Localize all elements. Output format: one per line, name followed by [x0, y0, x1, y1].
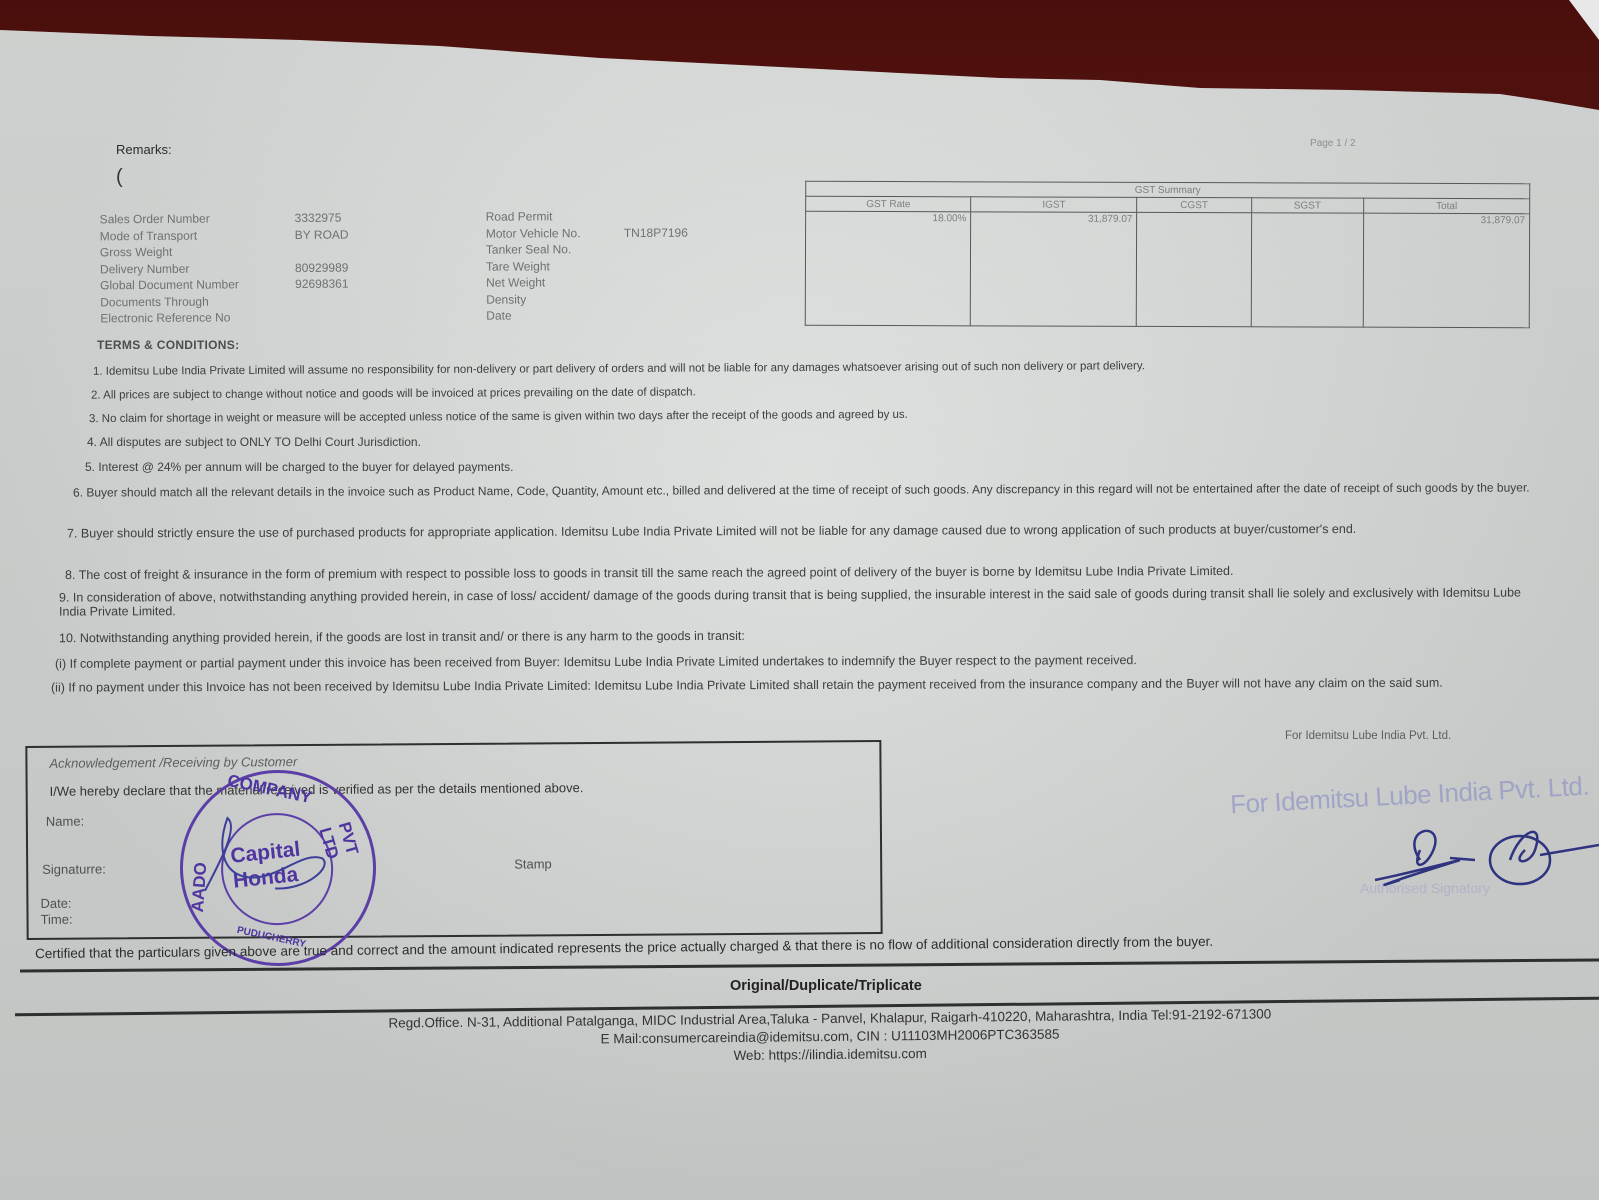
- order-details-right: Road Permit Motor Vehicle No.TN18P7196 T…: [486, 207, 747, 324]
- detail-row: Density: [486, 290, 746, 308]
- gst-col-total: Total: [1364, 198, 1530, 214]
- detail-label: Road Permit: [486, 208, 624, 225]
- detail-label: Net Weight: [486, 274, 624, 291]
- acknowledgement-title: Acknowledgement /Receiving by Customer: [49, 754, 297, 771]
- date-label: Date:: [40, 896, 71, 911]
- detail-label: Mode of Transport: [100, 226, 295, 244]
- detail-label: Electronic Reference No: [100, 309, 295, 327]
- detail-row: Tare Weight: [486, 257, 746, 275]
- detail-label: Delivery Number: [100, 259, 295, 277]
- gst-col-rate: GST Rate: [806, 196, 971, 212]
- detail-label: Documents Through: [100, 292, 295, 310]
- detail-row: Net Weight: [486, 273, 746, 291]
- detail-value: 92698361: [295, 276, 349, 293]
- gst-sgst-value: [1251, 213, 1364, 327]
- remarks-mark: (: [116, 166, 123, 189]
- detail-label: Date: [486, 307, 624, 324]
- order-details-left: Sales Order Number3332975 Mode of Transp…: [100, 209, 481, 327]
- gst-cgst-value: [1137, 213, 1252, 327]
- gst-summary-table: GST Summary GST Rate IGST CGST SGST Tota…: [805, 181, 1531, 329]
- page-number: Page 1 / 2: [1310, 138, 1356, 149]
- term-item: 9. In consideration of above, notwithsta…: [59, 585, 1549, 618]
- stamp-label: Stamp: [514, 856, 552, 871]
- terms-title: TERMS & CONDITIONS:: [97, 338, 239, 352]
- detail-value: 80929989: [295, 259, 349, 276]
- term-item: 5. Interest @ 24% per annum will be char…: [85, 460, 513, 474]
- detail-label: Motor Vehicle No.: [486, 224, 624, 241]
- detail-row: Tanker Seal No.: [486, 240, 746, 258]
- gst-col-sgst: SGST: [1251, 198, 1363, 213]
- term-item: 4. All disputes are subject to ONLY TO D…: [87, 435, 421, 449]
- detail-row: Road Permit: [486, 207, 746, 225]
- gst-row: 18.00% 31,879.07 31,879.07: [805, 211, 1529, 327]
- gst-col-cgst: CGST: [1137, 197, 1251, 212]
- detail-value: TN18P7196: [624, 224, 688, 241]
- company-signature-icon: [1360, 820, 1599, 910]
- gst-rate-value: 18.00%: [805, 211, 971, 325]
- for-company-label: For Idemitsu Lube India Pvt. Ltd.: [1285, 730, 1451, 742]
- name-label: Name:: [46, 814, 84, 829]
- gst-total-value: 31,879.07: [1363, 213, 1529, 327]
- company-footer: Regd.Office. N-31, Additional Patalganga…: [300, 1004, 1361, 1069]
- remarks-label: Remarks:: [116, 142, 172, 157]
- detail-row: Electronic Reference No: [100, 308, 480, 327]
- detail-label: Gross Weight: [100, 243, 295, 261]
- detail-label: Density: [486, 290, 624, 307]
- detail-row: Motor Vehicle No.TN18P7196: [486, 224, 746, 242]
- gst-col-igst: IGST: [971, 197, 1137, 213]
- detail-label: Sales Order Number: [100, 210, 295, 228]
- detail-value: BY ROAD: [295, 226, 349, 243]
- detail-row: Date: [486, 306, 746, 324]
- detail-label: Tare Weight: [486, 257, 624, 274]
- acknowledgement-box: Acknowledgement /Receiving by Customer I…: [25, 740, 882, 940]
- customer-signature-icon: [176, 783, 380, 942]
- detail-value: 3332975: [295, 210, 342, 227]
- time-label: Time:: [40, 912, 72, 927]
- copy-designation: Original/Duplicate/Triplicate: [730, 978, 922, 994]
- gst-igst-value: 31,879.07: [971, 212, 1137, 326]
- detail-label: Global Document Number: [100, 276, 295, 294]
- detail-label: Tanker Seal No.: [486, 241, 624, 258]
- term-item: 10. Notwithstanding anything provided he…: [59, 629, 745, 645]
- signature-label: Signaturre:: [42, 861, 106, 876]
